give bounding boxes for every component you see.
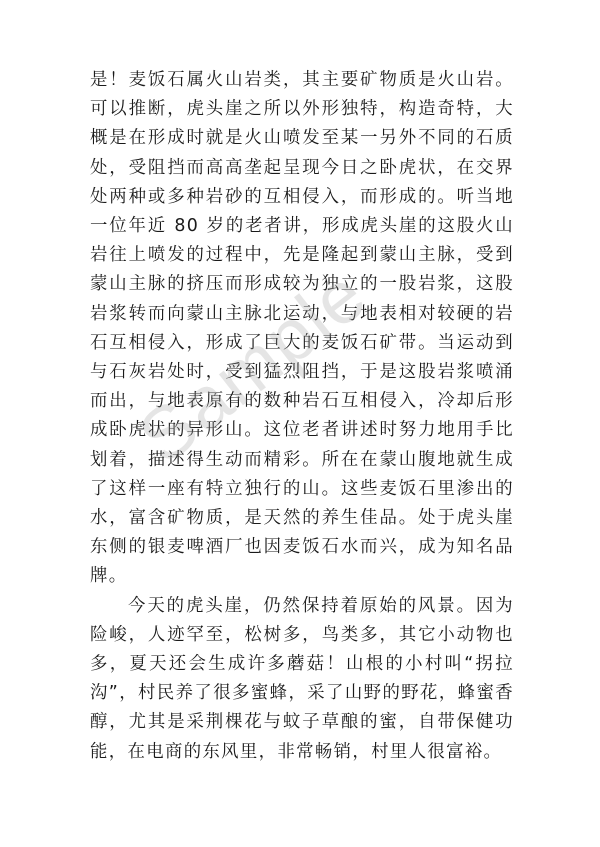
document-page: 是！麦饭石属火山岩类，其主要矿物质是火山岩。可以推断，虎头崖之所以外形独特，构造… — [90, 66, 514, 767]
paragraph-2: 今天的虎头崖，仍然保持着原始的风景。因为险峻，人迹罕至，松树多，鸟类多，其它小动… — [90, 592, 514, 767]
paragraph-1: 是！麦饭石属火山岩类，其主要矿物质是火山岩。可以推断，虎头崖之所以外形独特，构造… — [90, 66, 514, 592]
